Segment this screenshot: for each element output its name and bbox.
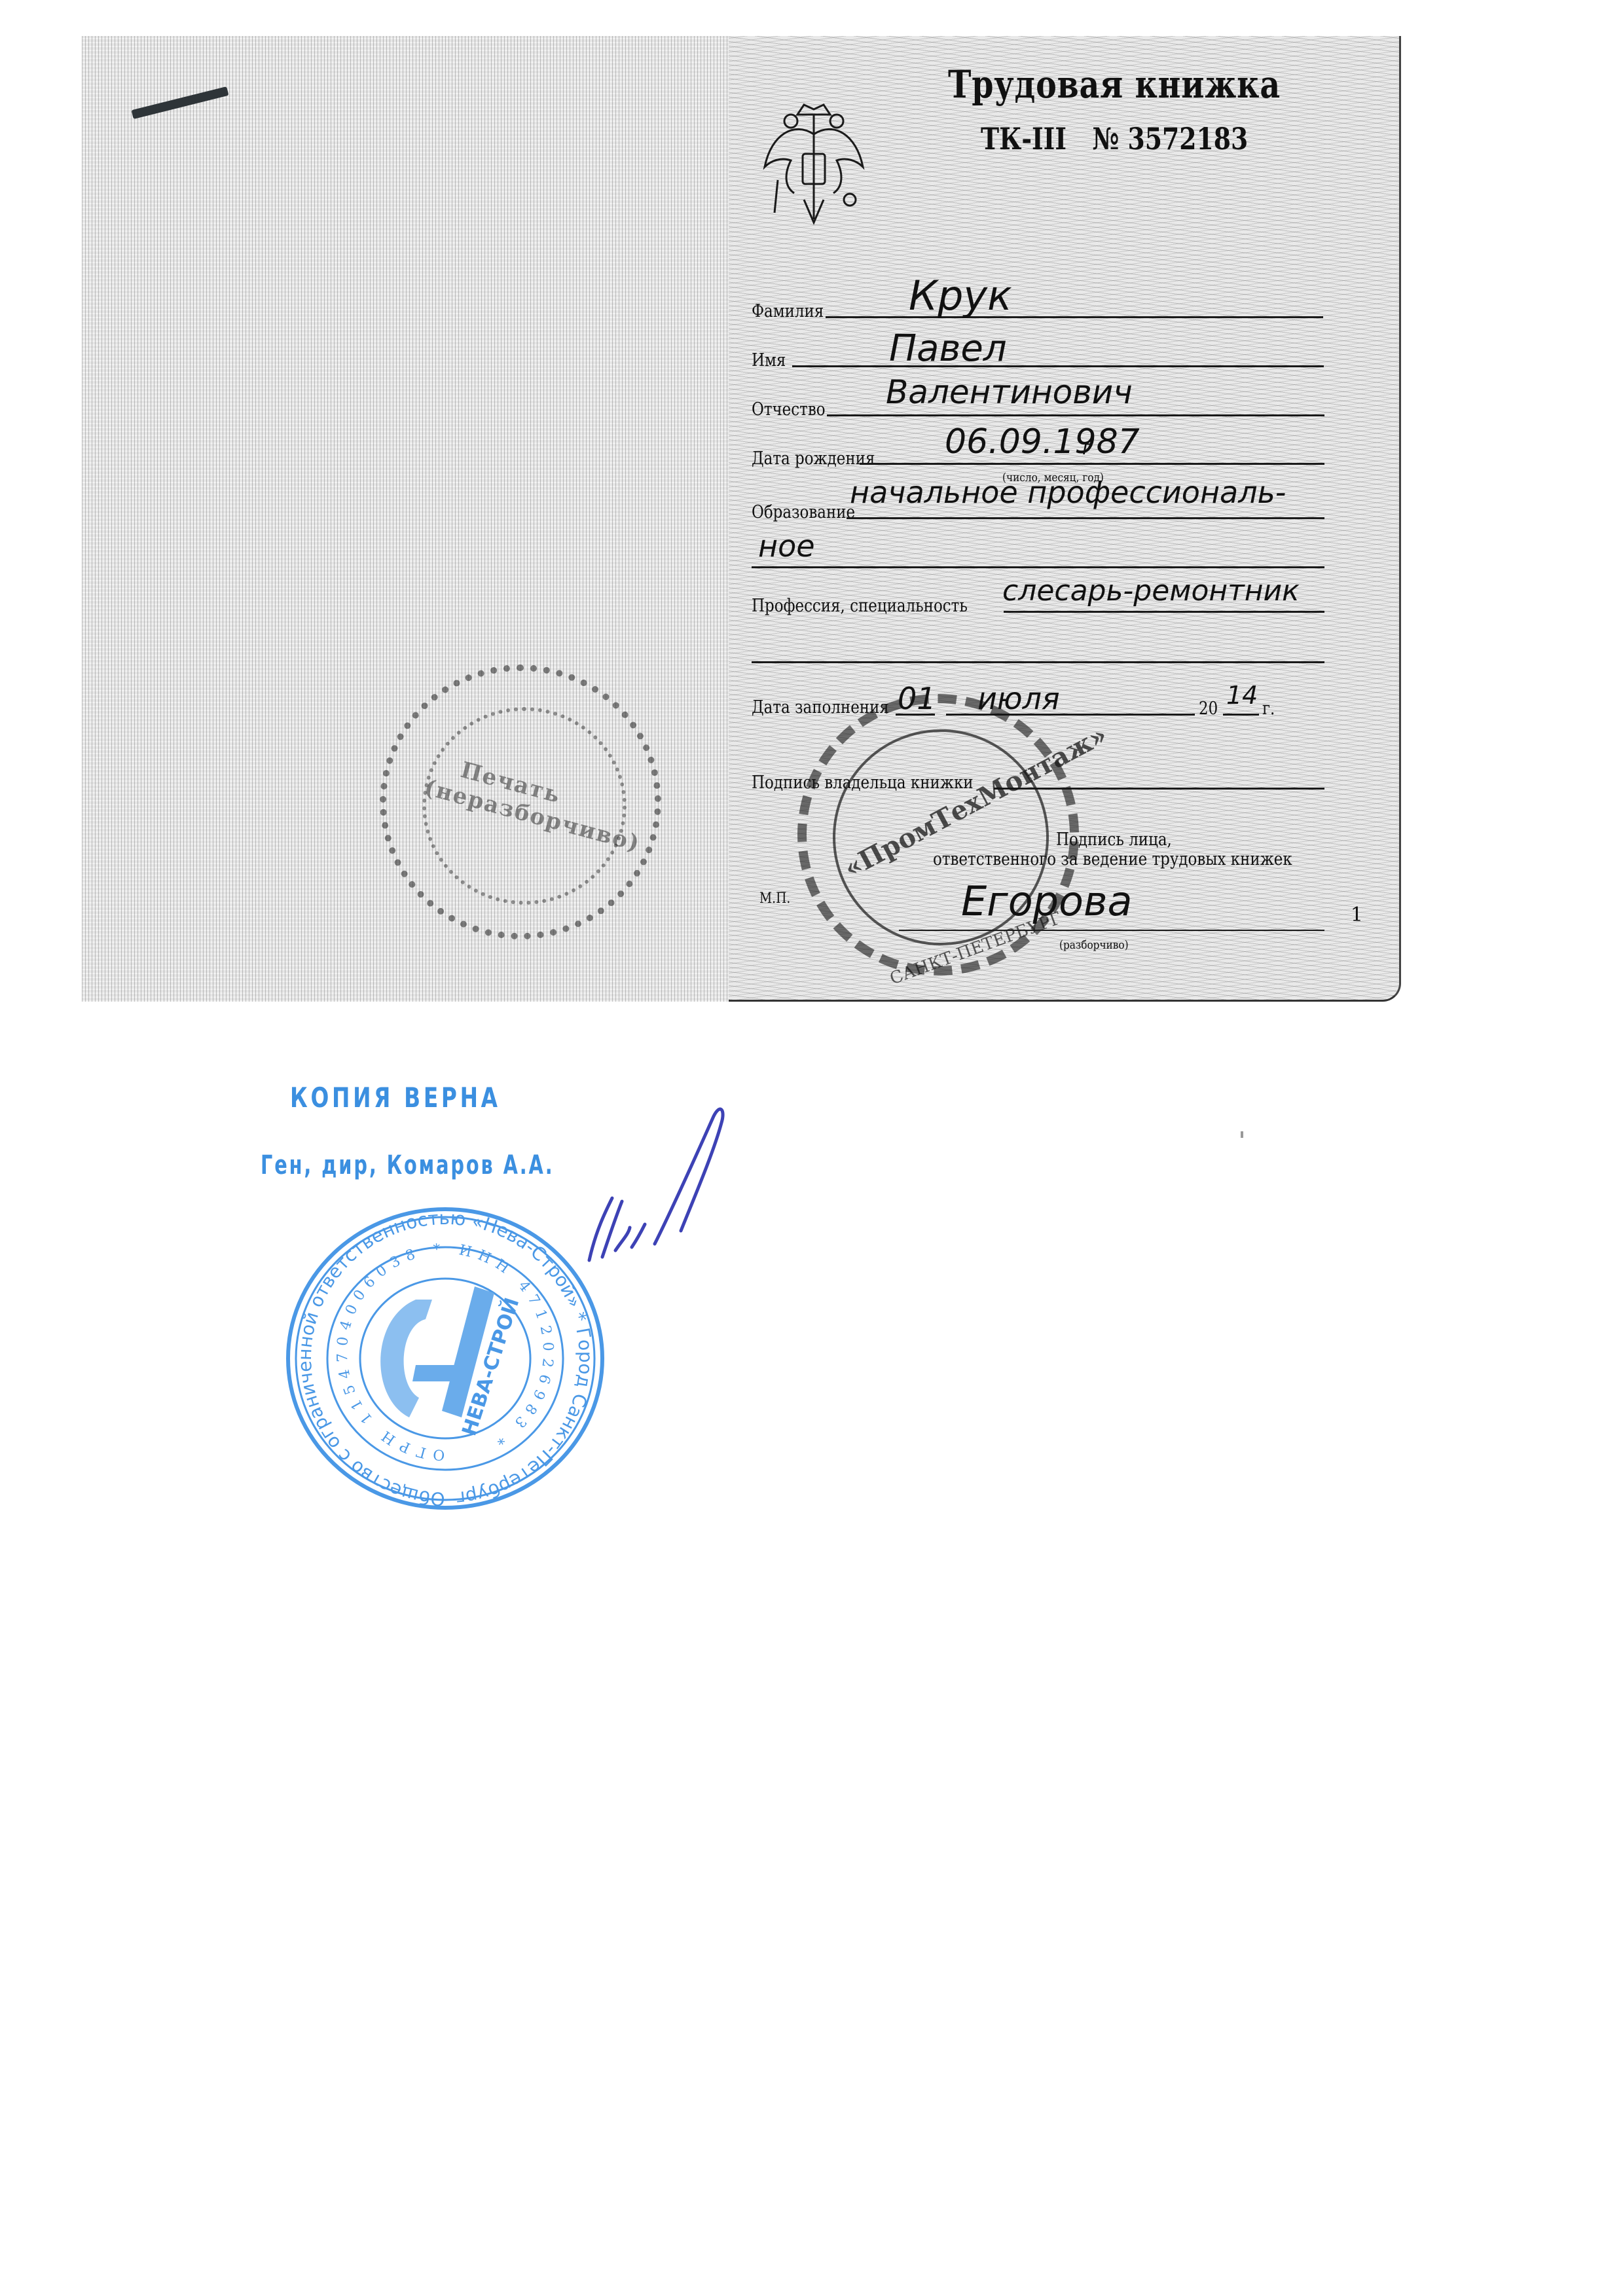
education-line-2 [752, 566, 1324, 568]
education-line-1 [847, 517, 1324, 519]
document-title: Трудовая книжка [948, 62, 1281, 107]
birth-date-suffix: г [1082, 437, 1093, 460]
fill-year-line [1223, 714, 1259, 716]
fill-year-suffix: 14 [1226, 681, 1258, 710]
mp-label: М.П. [759, 890, 790, 907]
education-value-2: ное [758, 528, 815, 564]
series-number: ТК-III № 3572183 [981, 121, 1248, 156]
name-value: Павел [889, 327, 1007, 370]
fill-year-prefix: 20 [1199, 699, 1218, 719]
birth-date-value: 06.09.1987 [945, 422, 1140, 462]
name-label: Имя [752, 350, 786, 371]
responsible-signature-label-2: ответственного за ведение трудовых книже… [933, 849, 1292, 869]
seal-inner-text: ОГРН 1154704006038 * ИНН 4712026983 * [335, 1241, 556, 1463]
responsible-signature-value: Егорова [961, 877, 1133, 925]
profession-label: Профессия, специальность [752, 596, 968, 616]
profession-line-2 [752, 661, 1324, 663]
responsible-signature-line [899, 930, 1324, 931]
responsible-signature-label-1: Подпись лица, [1056, 829, 1172, 850]
certifying-director: Ген, дир, Комаров А.А. [261, 1150, 555, 1180]
coat-of-arms-icon [758, 95, 869, 232]
company-stamp: «ПромТехМонтаж» САНКТ-ПЕТЕРБУРГ [797, 694, 1079, 975]
page-number: 1 [1351, 903, 1363, 926]
book-number: 3572183 [1128, 121, 1249, 156]
certified-copy-title: КОПИЯ ВЕРНА [290, 1082, 501, 1114]
svg-text:ОГРН 1154704006038 * ИНН 47120: ОГРН 1154704006038 * ИНН 4712026983 * [335, 1241, 556, 1463]
series-label: ТК-III [981, 121, 1067, 156]
profession-line [1004, 611, 1324, 613]
patronymic-label: Отчество [752, 399, 826, 420]
education-value-1: начальное профессиональ- [850, 475, 1286, 510]
fill-date-suffix: г. [1262, 699, 1275, 719]
surname-label: Фамилия [752, 301, 824, 321]
profession-value: слесарь-ремонтник [1002, 574, 1300, 608]
left-page: Печать (неразборчиво) [82, 36, 729, 1002]
right-page: Трудовая книжка ТК-III № 3572183 Фамилия… [729, 36, 1401, 1002]
education-label: Образование [752, 502, 855, 522]
scan-speck [1241, 1131, 1243, 1138]
name-line [792, 365, 1324, 367]
surname-value: Крук [909, 272, 1012, 319]
company-seal-icon: Общество с ограниченной ответственностью… [278, 1201, 612, 1516]
birth-date-line [860, 463, 1324, 465]
number-sign: № [1092, 121, 1119, 156]
surname-line [826, 316, 1323, 318]
work-book-spread: Печать (неразборчиво) Трудовая книжка ТК… [82, 36, 1401, 1002]
responsible-signature-hint: (разборчиво) [1059, 938, 1129, 952]
pen-mark [132, 86, 229, 119]
faded-stamp-left: Печать (неразборчиво) [380, 665, 661, 939]
patronymic-line [827, 414, 1324, 416]
birth-date-label: Дата рождения [752, 448, 875, 469]
patronymic-value: Валентинович [886, 373, 1133, 411]
